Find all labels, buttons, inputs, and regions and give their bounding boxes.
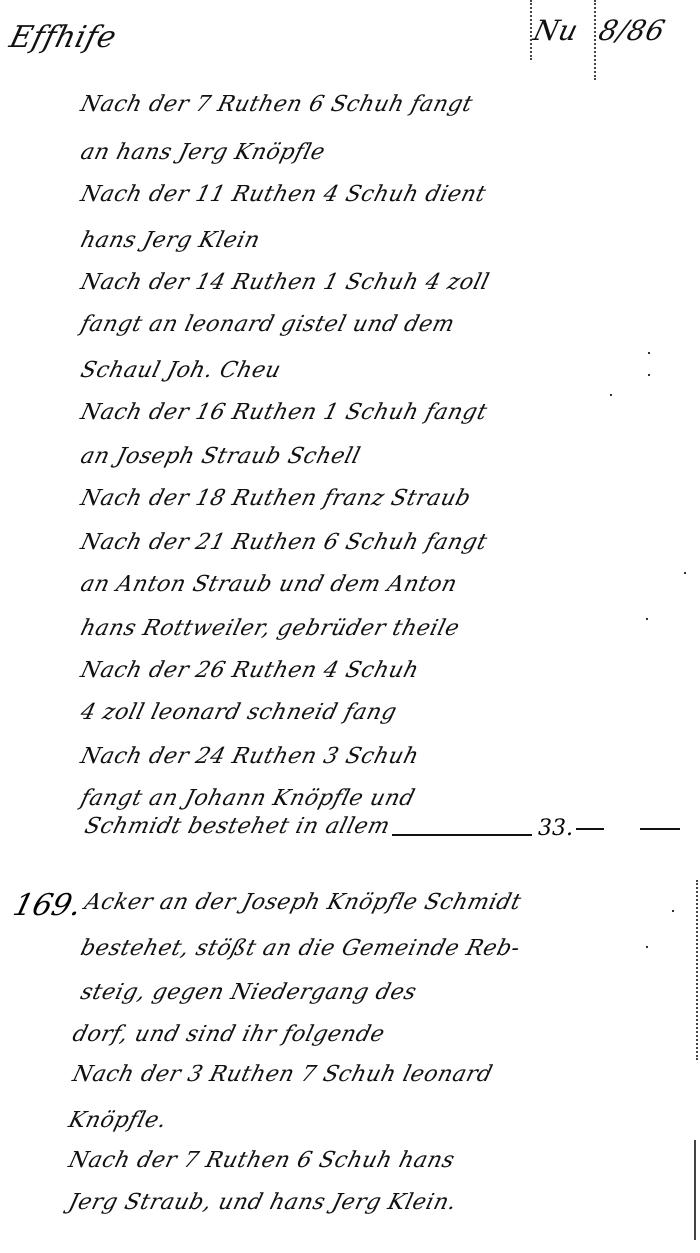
- entry-line: Nach der 16 Ruthen 1 Schuh fangt: [78, 400, 490, 425]
- entry-line: an Joseph Straub Schell: [78, 444, 363, 469]
- header-folio: Nu8/86: [530, 14, 669, 47]
- entry-line: steig, gegen Niedergang des: [78, 980, 419, 1005]
- entry-line: hans Rottweiler, gebrüder theile: [78, 616, 462, 641]
- entry-line: Knöpfle.: [66, 1108, 169, 1133]
- entry-line: Nach der 26 Ruthen 4 Schuh: [78, 658, 421, 683]
- total-value: 33.: [538, 816, 573, 841]
- scan-speck: [684, 572, 686, 574]
- entry-number: 169.: [10, 888, 86, 923]
- entry-line: hans Jerg Klein: [78, 228, 263, 253]
- entry-line: 4 zoll leonard schneid fang: [78, 700, 399, 725]
- entry-line: Jerg Straub, und hans Jerg Klein.: [66, 1190, 459, 1215]
- total-dash: [640, 828, 680, 830]
- fill-dash: [392, 834, 532, 836]
- scan-speck: [646, 618, 648, 620]
- scan-speck: [648, 352, 650, 354]
- total-dash: [576, 828, 604, 830]
- folio-label: Nu: [530, 14, 582, 47]
- scan-speck: [646, 946, 648, 948]
- entry-line: an hans Jerg Knöpfle: [78, 140, 328, 165]
- entry-line: Nach der 18 Ruthen franz Straub: [78, 486, 473, 511]
- entry-line: Nach der 7 Ruthen 6 Schuh fangt: [78, 92, 475, 117]
- scan-speck: [648, 374, 650, 376]
- header-title: Effhife: [6, 20, 120, 55]
- entry-line: Nach der 21 Ruthen 6 Schuh fangt: [78, 530, 490, 555]
- entry-line: Nach der 11 Ruthen 4 Schuh dient: [78, 182, 489, 207]
- page-edge-rule: [694, 1140, 696, 1240]
- entry-line: Acker an der Joseph Knöpfle Schmidt: [82, 890, 524, 915]
- entry-line: fangt an leonard gistel und dem: [78, 312, 457, 337]
- entry-line: Nach der 3 Ruthen 7 Schuh leonard: [70, 1062, 495, 1087]
- entry-line: dorf, und sind ihr folgende: [70, 1022, 387, 1047]
- scan-speck: [672, 910, 674, 912]
- entry-line: an Anton Straub und dem Anton: [78, 572, 460, 597]
- entry-line: Nach der 7 Ruthen 6 Schuh hans: [66, 1148, 457, 1173]
- entry-line: Schmidt bestehet in allem: [82, 814, 393, 839]
- folio-number: 8/86: [596, 14, 669, 47]
- entry-line: Schaul Joh. Cheu: [78, 358, 284, 383]
- page-edge-rule: [696, 880, 698, 1060]
- entry-line: bestehet, stößt an die Gemeinde Reb-: [78, 936, 523, 961]
- entry-line: Nach der 24 Ruthen 3 Schuh: [78, 744, 421, 769]
- entry-line: fangt an Johann Knöpfle und: [78, 786, 418, 811]
- ledger-page: Effhife Nu8/86 Nach der 7 Ruthen 6 Schuh…: [0, 0, 700, 1253]
- entry-line: Nach der 14 Ruthen 1 Schuh 4 zoll: [78, 270, 492, 295]
- margin-rule: [594, 0, 596, 80]
- margin-rule: [530, 0, 532, 60]
- scan-speck: [610, 394, 612, 396]
